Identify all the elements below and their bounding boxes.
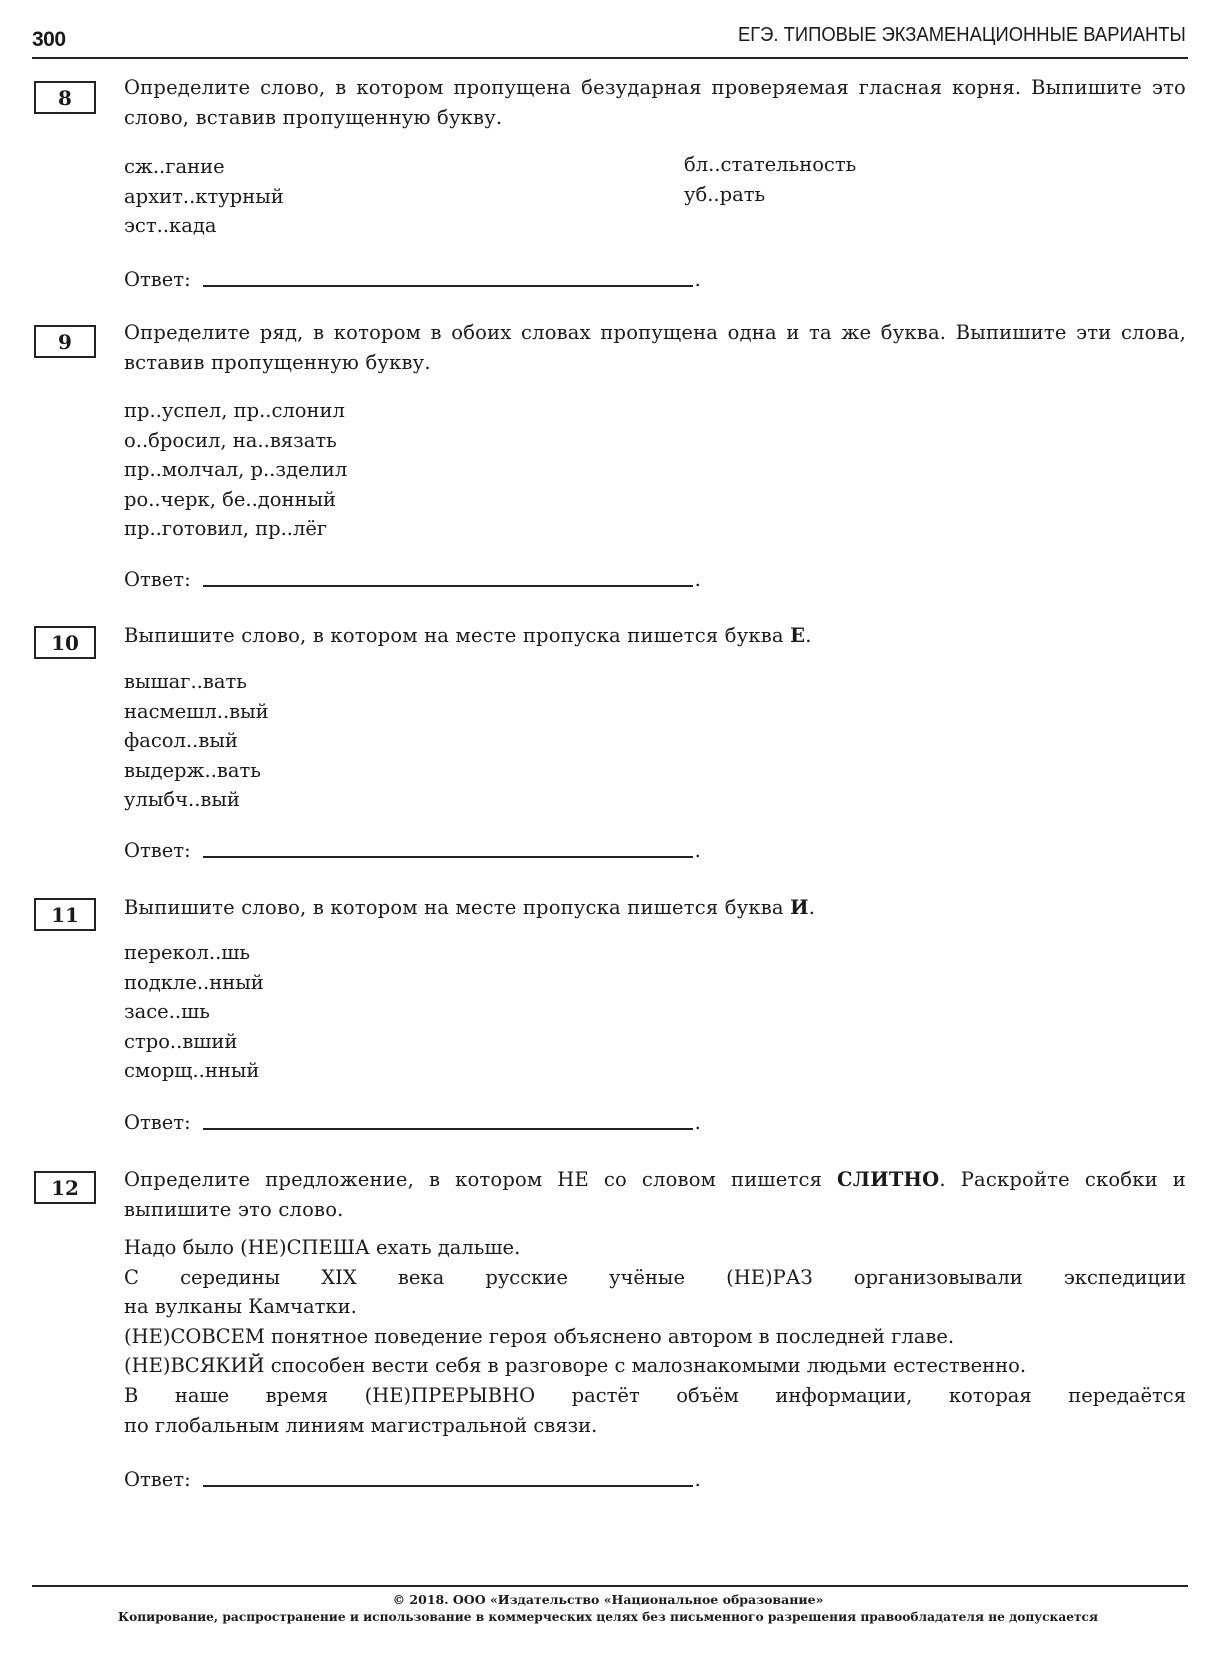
- answer-label: Ответ:: [124, 1111, 191, 1134]
- answer-end: .: [695, 1468, 701, 1491]
- task-number-box: 11: [34, 898, 96, 931]
- option: засе..шь: [124, 997, 264, 1027]
- task-prompt: Определите ряд, в котором в обоих словах…: [124, 318, 1186, 378]
- task-number-box: 12: [34, 1171, 96, 1204]
- sentence: по глобальным линиям магистральной связи…: [124, 1411, 1186, 1441]
- prompt-end: .: [805, 624, 811, 647]
- prompt-letter: И: [790, 896, 809, 919]
- answer-field[interactable]: Ответ: .: [124, 268, 701, 291]
- task-number-box: 10: [34, 626, 96, 659]
- prompt-letter: Е: [790, 624, 805, 647]
- footer-notice: Копирование, распространение и использов…: [0, 1610, 1216, 1624]
- option: насмешл..вый: [124, 697, 269, 727]
- task-prompt: Определите слово, в котором пропущена бе…: [124, 73, 1186, 133]
- answer-field[interactable]: Ответ: .: [124, 568, 701, 591]
- task-number-box: 8: [34, 81, 96, 114]
- option: пр..молчал, р..зделил: [124, 455, 347, 485]
- answer-label: Ответ:: [124, 839, 191, 862]
- option: фасол..вый: [124, 726, 269, 756]
- option: ро..черк, бе..донный: [124, 485, 347, 515]
- prompt-end: .: [809, 896, 815, 919]
- options-list: пр..успел, пр..слонил о..бросил, на..вяз…: [124, 396, 347, 544]
- answer-end: .: [695, 1111, 701, 1134]
- sentence: (НЕ)ВСЯКИЙ способен вести себя в разгово…: [124, 1351, 1186, 1381]
- answer-end: .: [695, 268, 701, 291]
- answer-line[interactable]: [203, 1127, 693, 1130]
- option: эст..када: [124, 211, 284, 241]
- option: пр..готовил, пр..лёг: [124, 514, 347, 544]
- answer-field[interactable]: Ответ: .: [124, 1468, 701, 1491]
- running-title: ЕГЭ. ТИПОВЫЕ ЭКЗАМЕНАЦИОННЫЕ ВАРИАНТЫ: [738, 24, 1186, 47]
- option: перекол..шь: [124, 938, 264, 968]
- prompt-text: Определите предложение, в котором НЕ со …: [124, 1168, 837, 1191]
- sentences-list: Надо было (НЕ)СПЕША ехать дальше. С сере…: [124, 1233, 1186, 1440]
- answer-field[interactable]: Ответ: .: [124, 1111, 701, 1134]
- footer-copyright: © 2018. ООО «Издательство «Национальное …: [0, 1592, 1216, 1607]
- footer-divider: [32, 1585, 1188, 1587]
- options-right: бл..стательность уб..рать: [684, 150, 856, 209]
- option: выдерж..вать: [124, 756, 269, 786]
- option: бл..стательность: [684, 150, 856, 180]
- prompt-keyword: СЛИТНО: [837, 1168, 939, 1191]
- option: стро..вший: [124, 1027, 264, 1057]
- task-prompt: Выпишите слово, в котором на месте пропу…: [124, 893, 1186, 923]
- task-number-box: 9: [34, 325, 96, 358]
- answer-label: Ответ:: [124, 268, 191, 291]
- answer-line[interactable]: [203, 855, 693, 858]
- option: сж..гание: [124, 152, 284, 182]
- option: архит..ктурный: [124, 182, 284, 212]
- option: подкле..нный: [124, 968, 264, 998]
- answer-field[interactable]: Ответ: .: [124, 839, 701, 862]
- answer-label: Ответ:: [124, 1468, 191, 1491]
- option: сморщ..нный: [124, 1056, 264, 1086]
- sentence: Надо было (НЕ)СПЕША ехать дальше.: [124, 1233, 1186, 1263]
- answer-end: .: [695, 568, 701, 591]
- prompt-text: Выпишите слово, в котором на месте пропу…: [124, 624, 790, 647]
- option: пр..успел, пр..слонил: [124, 396, 347, 426]
- option: улыбч..вый: [124, 785, 269, 815]
- option: уб..рать: [684, 180, 856, 210]
- sentence: В наше время (НЕ)ПРЕРЫВНО растёт объём и…: [124, 1381, 1186, 1411]
- page-number: 300: [32, 28, 66, 52]
- options-list: вышаг..вать насмешл..вый фасол..вый выде…: [124, 667, 269, 815]
- sentence: на вулканы Камчатки.: [124, 1292, 1186, 1322]
- answer-end: .: [695, 839, 701, 862]
- header-divider: [32, 57, 1188, 59]
- option: вышаг..вать: [124, 667, 269, 697]
- answer-line[interactable]: [203, 584, 693, 587]
- option: о..бросил, на..вязать: [124, 426, 347, 456]
- task-prompt: Выпишите слово, в котором на месте пропу…: [124, 621, 1186, 651]
- answer-line[interactable]: [203, 1484, 693, 1487]
- task-prompt: Определите предложение, в котором НЕ со …: [124, 1165, 1186, 1225]
- options-list: перекол..шь подкле..нный засе..шь стро..…: [124, 938, 264, 1086]
- sentence: С середины XIX века русские учёные (НЕ)Р…: [124, 1263, 1186, 1293]
- options-left: сж..гание архит..ктурный эст..када: [124, 152, 284, 241]
- answer-line[interactable]: [203, 284, 693, 287]
- sentence: (НЕ)СОВСЕМ понятное поведение героя объя…: [124, 1322, 1186, 1352]
- answer-label: Ответ:: [124, 568, 191, 591]
- prompt-text: Выпишите слово, в котором на месте пропу…: [124, 896, 790, 919]
